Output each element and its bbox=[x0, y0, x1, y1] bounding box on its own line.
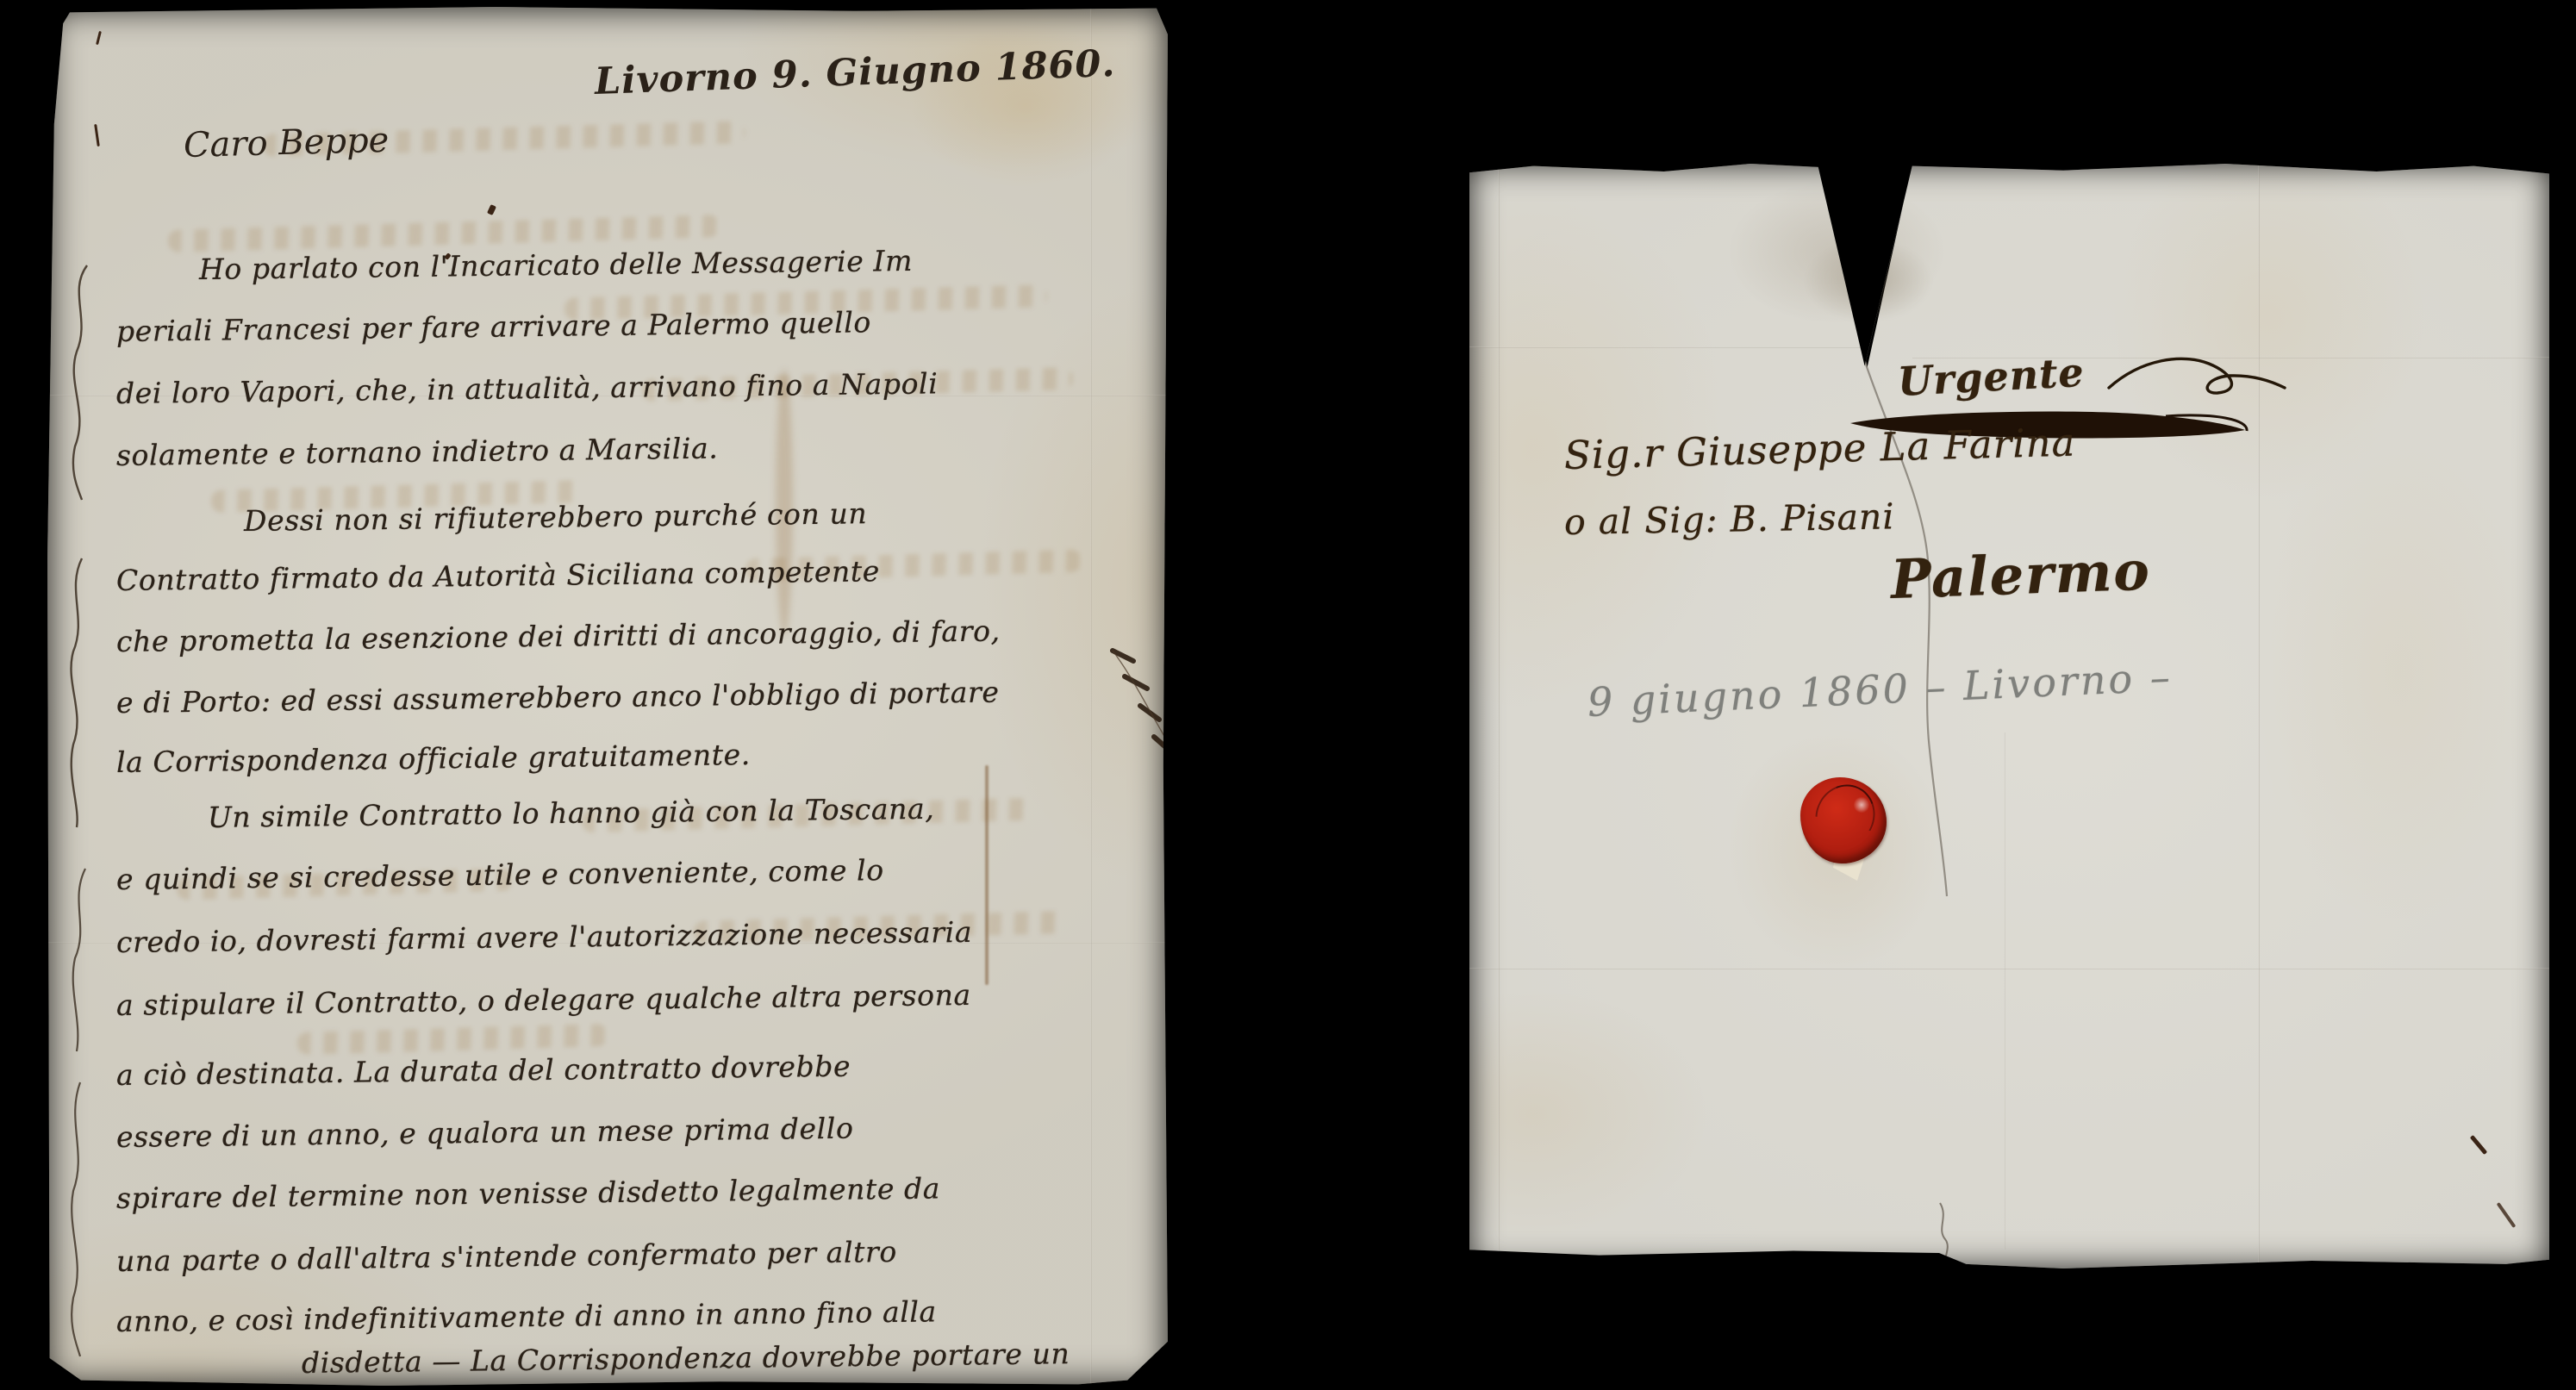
letter-line: Un simile Contratto lo hanno già con la … bbox=[208, 792, 935, 834]
fold-crease bbox=[1090, 7, 1092, 1386]
letter-line: Contratto firmato da Autorità Siciliana … bbox=[116, 554, 880, 597]
letter-line: Dessi non si rifiuterebbero purché con u… bbox=[244, 496, 868, 538]
ink-tick-chain-mark bbox=[1107, 640, 1211, 761]
urgency-label: Urgente bbox=[1897, 349, 2086, 405]
letter-line: Ho parlato con l'Incaricato delle Messag… bbox=[199, 244, 913, 286]
letter-line: solamente e tornano indietro a Marsilia. bbox=[116, 431, 719, 472]
letter-line: dei loro Vapori, che, in attualità, arri… bbox=[116, 366, 939, 410]
letter-line: spirare del termine non venisse disdetto… bbox=[116, 1171, 941, 1215]
envelope-page: Urgente Sig.r Giuseppe La Farina o al Si… bbox=[1469, 164, 2549, 1268]
smudge-stain bbox=[1804, 240, 1933, 322]
letter-line: la Corrispondenza officiale gratuitament… bbox=[116, 738, 751, 779]
fold-crease bbox=[1498, 164, 1500, 1251]
ink-tick-mark bbox=[2497, 1202, 2517, 1228]
urgente-flourish-mark bbox=[2109, 352, 2298, 412]
curly-ink-mark bbox=[1931, 1203, 1957, 1272]
ink-tick-mark bbox=[2470, 1135, 2488, 1155]
letter-line: essere di un anno, e qualora un mese pri… bbox=[116, 1112, 854, 1154]
letter-line: e di Porto: ed essi assumerebbero anco l… bbox=[116, 675, 1000, 720]
wax-seal bbox=[1800, 777, 1890, 874]
fold-crease bbox=[2258, 164, 2260, 1262]
address-line-2: o al Sig: B. Pisani bbox=[1564, 496, 1895, 543]
stain bbox=[985, 765, 989, 985]
letter-line: anno, e così indefinitivamente di anno i… bbox=[116, 1294, 937, 1338]
scanned-document-view: Livorno 9. Giugno 1860. Caro Beppe Ho pa… bbox=[0, 0, 2576, 1390]
letter-line: periali Francesi per fare arrivare a Pal… bbox=[116, 305, 871, 348]
letter-salutation: Caro Beppe bbox=[183, 121, 389, 165]
ink-spot bbox=[487, 204, 496, 215]
fold-crease bbox=[1469, 346, 1868, 348]
bleed-through-text bbox=[297, 1024, 608, 1055]
letter-line: che prometta la esenzione dei diritti di… bbox=[116, 614, 1001, 658]
letter-line: una parte o dall'altra s'intende conferm… bbox=[116, 1235, 897, 1278]
letter-line: a stipulare il Contratto, o delegare qua… bbox=[116, 978, 971, 1022]
letter-line: disdetta — La Corrispondenza dovrebbe po… bbox=[302, 1337, 1070, 1380]
address-city: Palermo bbox=[1890, 539, 2152, 610]
letter-line: a ciò destinata. La durata del contratto… bbox=[116, 1050, 851, 1092]
margin-brace-mark bbox=[47, 7, 108, 1386]
wax-seal-highlight bbox=[1854, 796, 1869, 813]
fold-crease bbox=[1469, 968, 2549, 969]
letter-page: Livorno 9. Giugno 1860. Caro Beppe Ho pa… bbox=[47, 7, 1168, 1386]
letter-line: e quindi se si credesse utile e convenie… bbox=[116, 853, 884, 896]
letter-line: credo io, dovresti farmi avere l'autoriz… bbox=[116, 915, 973, 959]
